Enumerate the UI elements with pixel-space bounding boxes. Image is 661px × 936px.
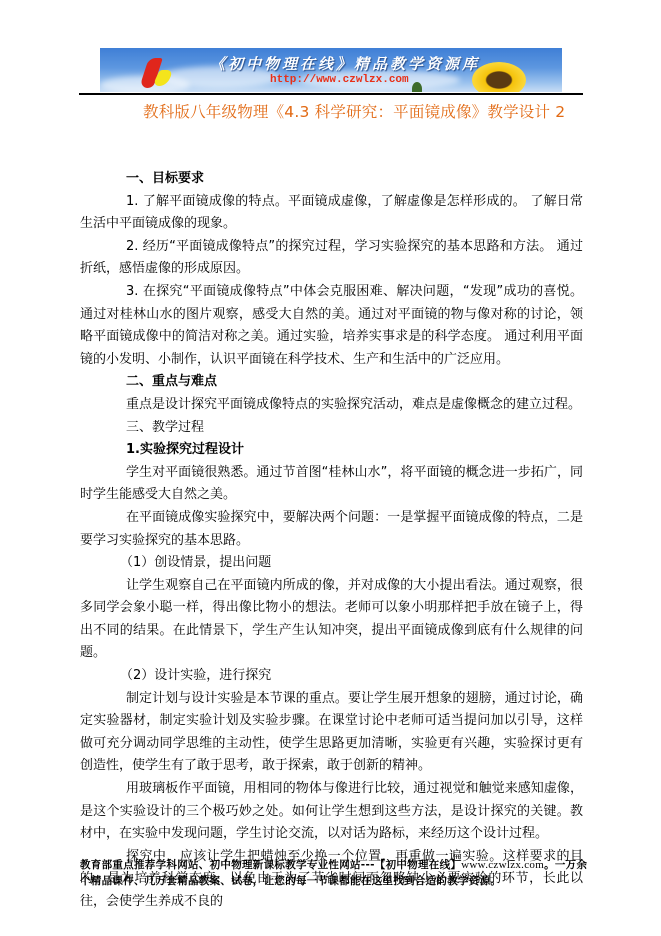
document-title: 教科版八年级物理《4.3 科学研究：平面镜成像》教学设计 2 [143,100,565,122]
section-heading: 三、教学过程 [80,417,583,440]
paragraph: 让学生观察自己在平面镜内所成的像，并对成像的大小提出看法。通过观察，很多同学会象… [80,575,583,665]
footer-url-link[interactable]: www.czwlzx.com [461,859,544,871]
paragraph: 1. 了解平面镜成像的特点。平面镜成虚像，了解虚像是怎样形成的。 了解日常生活中… [80,191,583,236]
paragraph: 2. 经历“平面镜成像特点”的探究过程，学习实验探究的基本思路和方法。 通过折纸… [80,236,583,281]
page-footer: 教育部重点推荐学科网站、初中物理新课标教学专业性网站---【初中物理在线】www… [80,857,590,889]
step-heading: （1）创设情景，提出问题 [80,552,583,575]
paragraph: 制定计划与设计实验是本节课的重点。要让学生展开想象的翅膀，通过讨论，确定实验器材… [80,688,583,778]
plant-decoration [412,82,422,92]
footer-text: 教育部重点推荐学科网站、初中物理新课标教学专业性网站---【初中物理在线】 [80,859,461,871]
banner-url: http://www.czwlzx.com [270,74,409,86]
section-heading: 一、目标要求 [80,168,583,191]
banner-site-title: 《初中物理在线》精品教学资源库 [210,53,480,74]
header-divider [79,93,583,95]
paragraph: 重点是设计探究平面镜成像特点的实验探究活动，难点是虚像概念的建立过程。 [80,394,583,417]
section-heading: 二、重点与难点 [80,371,583,394]
site-banner: 《初中物理在线》精品教学资源库 http://www.czwlzx.com [100,48,562,92]
subsection-heading: 1.实验探究过程设计 [80,439,583,462]
sunflower-icon [472,62,526,92]
paragraph: 在平面镜成像实验探究中，要解决两个问题：一是掌握平面镜成像的特点，二是要学习实验… [80,507,583,552]
paragraph: 用玻璃板作平面镜，用相同的物体与像进行比较，通过视觉和触觉来感知虚像，是这个实验… [80,778,583,846]
step-heading: （2）设计实验，进行探究 [80,665,583,688]
document-body: 一、目标要求 1. 了解平面镜成像的特点。平面镜成虚像，了解虚像是怎样形成的。 … [80,168,583,914]
paragraph: 3. 在探究“平面镜成像特点”中体会克服困难、解决问题，“发现”成功的喜悦。通过… [80,281,583,371]
paragraph: 学生对平面镜很熟悉。通过节首图“桂林山水”，将平面镜的概念进一步拓广，同时学生能… [80,462,583,507]
